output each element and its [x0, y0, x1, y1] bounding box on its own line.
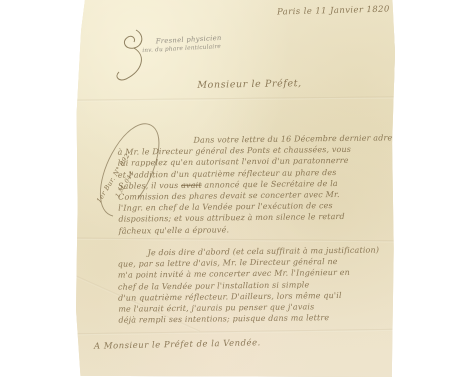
paper-crease	[76, 238, 395, 243]
letter-paper: Paris le 11 Janvier 1820 Fresnel physici…	[76, 0, 395, 377]
handwritten-line: déjà rempli ses intentions; puisque dans…	[118, 312, 392, 327]
struck-word: avait	[181, 180, 202, 189]
photo-background: Paris le 11 Janvier 1820 Fresnel physici…	[0, 0, 468, 382]
line-text: Sables, il vous	[118, 181, 181, 191]
line-text: annoncé que le Secrétaire de la	[202, 179, 338, 190]
paper-crease	[76, 329, 395, 335]
footer-address: A Monsieur le Préfet de la Vendée.	[94, 338, 261, 351]
dateline: Paris le 11 Janvier 1820	[277, 5, 390, 18]
body-paragraph-1: Dans votre lettre du 16 Décembre dernier…	[117, 132, 392, 236]
pencil-annotation: Fresnel physicien inv. du phare lenticul…	[142, 34, 223, 56]
body-paragraph-2: Je dois dire d'abord (et cela suffirait …	[118, 244, 393, 326]
